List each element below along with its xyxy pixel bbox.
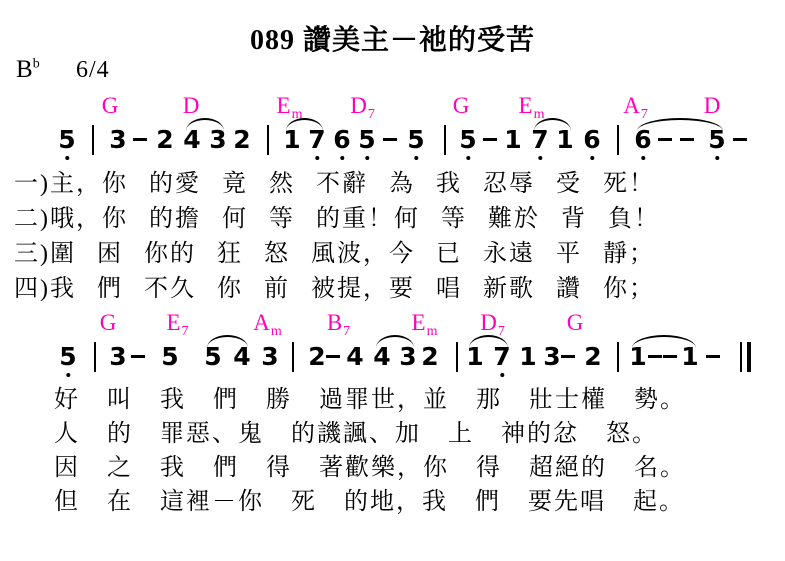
note-4: 4 bbox=[183, 127, 200, 152]
chord-d7: D7 bbox=[480, 310, 504, 336]
duration-dash bbox=[561, 355, 575, 358]
notation-row-1: 532432176555171665 bbox=[0, 122, 785, 168]
chord-am: Am bbox=[253, 310, 281, 336]
note-1: 1 bbox=[466, 344, 483, 369]
barline bbox=[94, 342, 96, 372]
duration-dash bbox=[658, 138, 672, 141]
note-4: 4 bbox=[373, 344, 390, 369]
chord-g: G bbox=[453, 93, 470, 119]
barline bbox=[456, 342, 458, 372]
note-3: 3 bbox=[209, 127, 226, 152]
key-signature: Bb 6/4 bbox=[16, 56, 110, 84]
note-2: 2 bbox=[308, 344, 325, 369]
note-3: 3 bbox=[399, 344, 416, 369]
note-3: 3 bbox=[261, 344, 278, 369]
duration-dash bbox=[733, 138, 747, 141]
duration-dash bbox=[706, 355, 720, 358]
key-accidental: b bbox=[33, 57, 40, 72]
lyric-line: 因 之 我 們 得 著歡樂，你 得 超絕的 名。 bbox=[54, 451, 686, 485]
lyric-line: 四)我 們 不久 你 前 被提，要 唱 新歌 讚 你； bbox=[14, 272, 660, 307]
chord-b7: B7 bbox=[327, 310, 349, 336]
note-5: 5 bbox=[161, 344, 178, 369]
chord-em: Em bbox=[277, 93, 302, 119]
lyric-line: 二)哦，你 的擔 何 等 的重！何 等 難於 背 負！ bbox=[14, 202, 660, 237]
barline bbox=[617, 125, 619, 155]
note-5-low: 5 bbox=[407, 127, 424, 152]
duration-dash bbox=[648, 355, 662, 358]
notation-row-2: 535543244321713211 bbox=[0, 339, 785, 385]
duration-dash bbox=[483, 138, 497, 141]
note-6-low: 6 bbox=[333, 127, 350, 152]
note-5-low: 5 bbox=[358, 127, 375, 152]
chord-e7: E7 bbox=[166, 310, 187, 336]
note-5-low: 5 bbox=[708, 127, 725, 152]
barline bbox=[92, 125, 94, 155]
note-5-low: 5 bbox=[59, 344, 76, 369]
barline bbox=[292, 342, 294, 372]
chord-g: G bbox=[567, 310, 584, 336]
duration-dash bbox=[133, 138, 147, 141]
note-1: 1 bbox=[519, 344, 536, 369]
note-6-low: 6 bbox=[634, 127, 651, 152]
note-7-low: 7 bbox=[308, 127, 325, 152]
note-1: 1 bbox=[629, 344, 646, 369]
note-4: 4 bbox=[233, 344, 250, 369]
final-barline bbox=[740, 342, 751, 372]
hymn-sheet: 089 讚美主－祂的受苦 Bb 6/4 GDEmD7GEmA7D 5324321… bbox=[0, 0, 785, 561]
page-title: 089 讚美主－祂的受苦 bbox=[0, 18, 785, 58]
note-5-low: 5 bbox=[459, 127, 476, 152]
duration-dash bbox=[326, 355, 340, 358]
lyric-line: 好 叫 我 們 勝 過罪世，並 那 壯士權 勢。 bbox=[54, 383, 686, 417]
note-6-low: 6 bbox=[583, 127, 600, 152]
chord-em: Em bbox=[519, 93, 544, 119]
note-3: 3 bbox=[543, 344, 560, 369]
note-7-low: 7 bbox=[493, 344, 510, 369]
note-2: 2 bbox=[233, 127, 250, 152]
duration-dash bbox=[680, 138, 694, 141]
lyric-line: 但 在 這裡－你 死 的地，我 們 要先唱 起。 bbox=[54, 485, 686, 519]
barline bbox=[617, 342, 619, 372]
barline bbox=[267, 125, 269, 155]
lyrics-block-2: 好 叫 我 們 勝 過罪世，並 那 壯士權 勢。人 的 罪惡、鬼 的譏諷、加 上… bbox=[54, 383, 686, 519]
chord-g: G bbox=[102, 93, 119, 119]
note-1: 1 bbox=[283, 127, 300, 152]
chord-d: D bbox=[183, 93, 200, 119]
note-1: 1 bbox=[681, 344, 698, 369]
chord-d7: D7 bbox=[350, 93, 374, 119]
note-1: 1 bbox=[504, 127, 521, 152]
duration-dash bbox=[383, 138, 397, 141]
lyric-line: 人 的 罪惡、鬼 的譏諷、加 上 神的忿 怒。 bbox=[54, 417, 686, 451]
note-3: 3 bbox=[109, 344, 126, 369]
barline bbox=[444, 125, 446, 155]
note-4: 4 bbox=[346, 344, 363, 369]
chord-row-1: GDEmD7GEmA7D bbox=[0, 93, 785, 119]
lyric-line: 三)圍 困 你的 狂 怒 風波，今 已 永遠 平 靜； bbox=[14, 237, 660, 272]
time-signature: 6/4 bbox=[76, 57, 110, 83]
duration-dash bbox=[131, 355, 145, 358]
note-2: 2 bbox=[156, 127, 173, 152]
key-root: B bbox=[16, 56, 33, 83]
note-2: 2 bbox=[584, 344, 601, 369]
chord-d: D bbox=[704, 93, 721, 119]
note-1: 1 bbox=[556, 127, 573, 152]
note-7-low: 7 bbox=[531, 127, 548, 152]
note-2: 2 bbox=[421, 344, 438, 369]
chord-em: Em bbox=[412, 310, 437, 336]
note-3: 3 bbox=[109, 127, 126, 152]
lyric-line: 一)主，你 的愛 竟 然 不辭 為 我 忍辱 受 死！ bbox=[14, 167, 660, 202]
note-5-low: 5 bbox=[58, 127, 75, 152]
note-5: 5 bbox=[204, 344, 221, 369]
duration-dash bbox=[663, 355, 677, 358]
chord-g: G bbox=[100, 310, 117, 336]
lyrics-block-1: 一)主，你 的愛 竟 然 不辭 為 我 忍辱 受 死！二)哦，你 的擔 何 等 … bbox=[14, 167, 660, 307]
chord-row-2: GE7AmB7EmD7G bbox=[0, 310, 785, 336]
chord-a7: A7 bbox=[623, 93, 647, 119]
